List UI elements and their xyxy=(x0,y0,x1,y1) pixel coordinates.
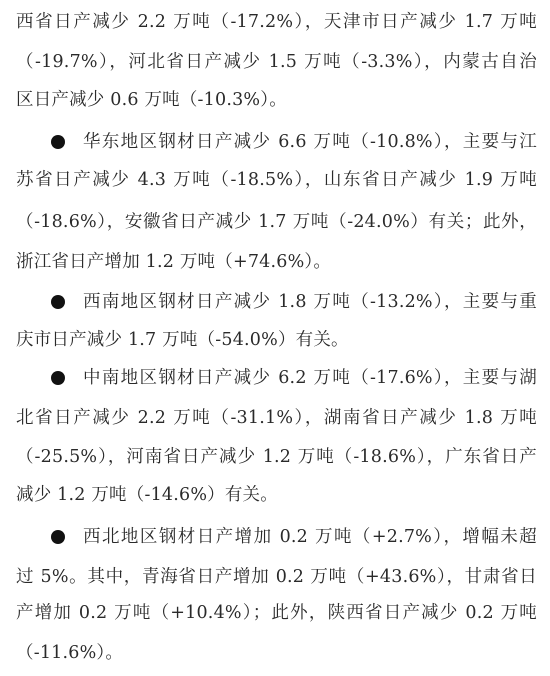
text-line: （-25.5%），河南省日产减少 1.2 万吨（-18.6%），广东省日产 xyxy=(16,437,537,477)
text-line: 过 5%。其中，青海省日产增加 0.2 万吨（+43.6%），甘肃省日 xyxy=(16,557,537,597)
document-page: 西省日产减少 2.2 万吨（-17.2%），天津市日产减少 1.7 万吨 （-1… xyxy=(0,0,550,676)
text-line: 产增加 0.2 万吨（+10.4%）；此外，陕西省日产减少 0.2 万吨 xyxy=(16,593,537,633)
text-line: （-11.6%）。 xyxy=(16,633,537,673)
text-line: 西南地区钢材日产减少 1.8 万吨（-13.2%），主要与重 xyxy=(83,282,537,322)
text-line: 浙江省日产增加 1.2 万吨（+74.6%）。 xyxy=(16,242,537,282)
text-line: 北省日产减少 2.2 万吨（-31.1%），湖南省日产减少 1.8 万吨 xyxy=(16,398,537,438)
text-line: 庆市日产减少 1.7 万吨（-54.0%）有关。 xyxy=(16,320,537,360)
bullet-icon xyxy=(51,295,65,309)
text-line: （-19.7%），河北省日产减少 1.5 万吨（-3.3%），内蒙古自治 xyxy=(16,42,537,82)
text-line: 西北地区钢材日产增加 0.2 万吨（+2.7%），增幅未超 xyxy=(83,517,537,557)
text-line: 西省日产减少 2.2 万吨（-17.2%），天津市日产减少 1.7 万吨 xyxy=(16,2,537,42)
text-line: 减少 1.2 万吨（-14.6%）有关。 xyxy=(16,475,537,515)
text-line: 苏省日产减少 4.3 万吨（-18.5%），山东省日产减少 1.9 万吨 xyxy=(16,160,537,200)
text-line: 华东地区钢材日产减少 6.6 万吨（-10.8%），主要与江 xyxy=(83,122,537,162)
text-line: （-18.6%），安徽省日产减少 1.7 万吨（-24.0%）有关；此外， xyxy=(16,202,537,242)
text-line: 区日产减少 0.6 万吨（-10.3%）。 xyxy=(16,80,537,120)
bullet-icon xyxy=(51,371,65,385)
text-line: 中南地区钢材日产减少 6.2 万吨（-17.6%），主要与湖 xyxy=(83,358,537,398)
bullet-icon xyxy=(51,530,65,544)
bullet-icon xyxy=(51,135,65,149)
